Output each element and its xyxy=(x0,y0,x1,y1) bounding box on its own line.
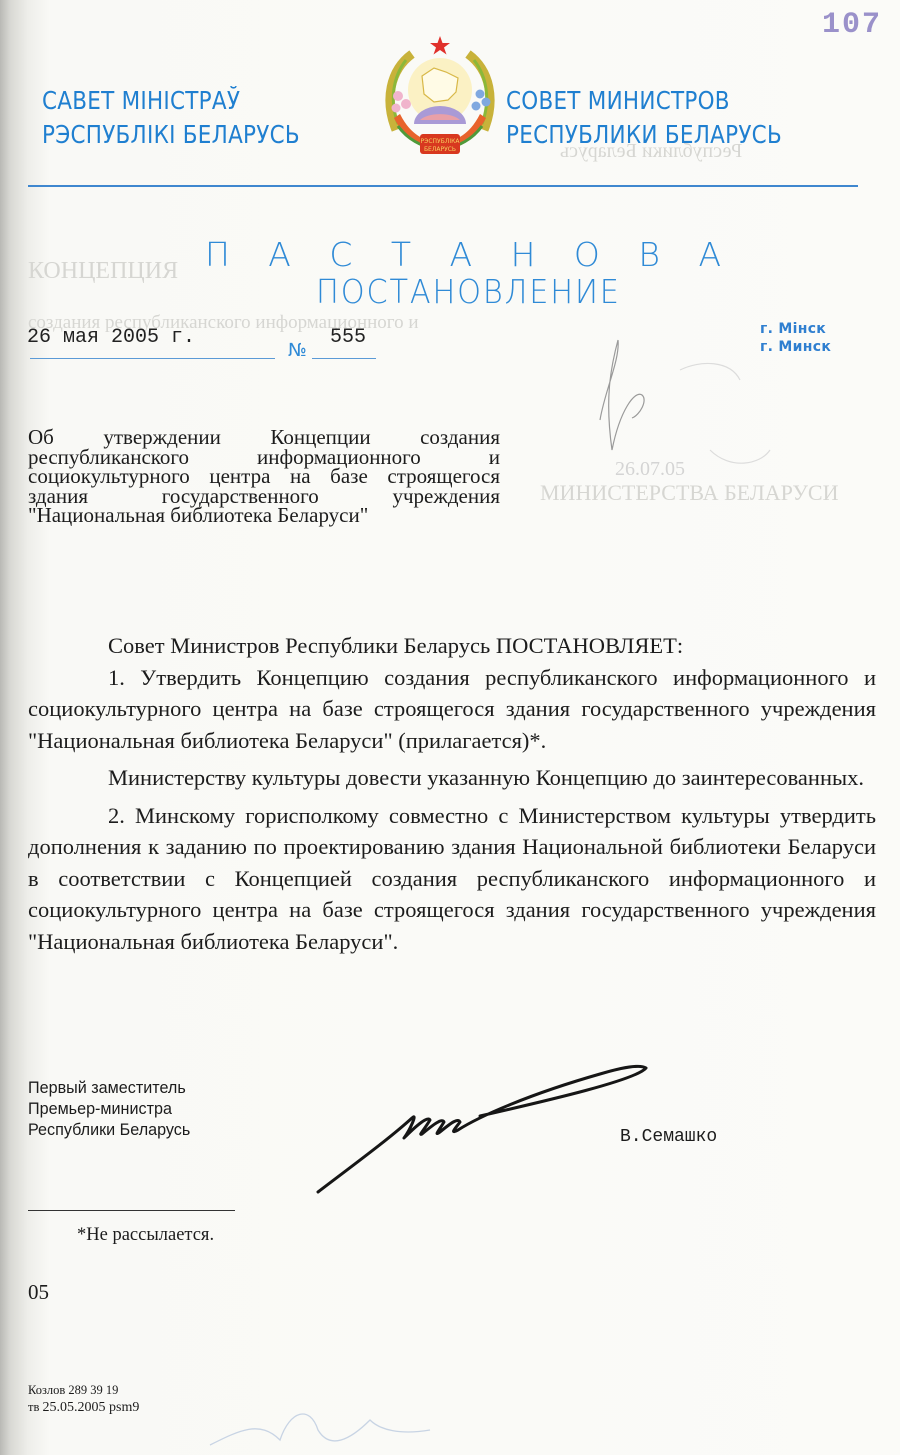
letterhead-line: РЭСПУБЛІКІ БЕЛАРУСЬ xyxy=(42,118,300,152)
document-subject: Об утверждении Концепции создания респуб… xyxy=(28,428,500,526)
executor-prefix: тв xyxy=(28,1400,39,1414)
number-underline xyxy=(312,358,376,359)
footnote-divider xyxy=(28,1210,235,1211)
preamble: Совет Министров Республики Беларусь ПОСТ… xyxy=(28,630,876,662)
paragraph-1: 1. Утвердить Концепцию создания республи… xyxy=(28,662,876,757)
document-body: Совет Министров Республики Беларусь ПОСТ… xyxy=(28,630,876,957)
city-russian: г. Минск xyxy=(760,338,831,356)
paragraph-2: 2. Минскому горисполкому совместно с Мин… xyxy=(28,800,876,958)
state-emblem-icon: РЭСПУБЛІКА БЕЛАРУСЬ xyxy=(376,30,504,162)
executor-info: Козлов 289 39 19 тв 25.05.2005 psm9 xyxy=(28,1382,139,1416)
signatory-position: Первый заместитель Премьер-министра Респ… xyxy=(28,1077,190,1140)
archive-page-stamp: 107 xyxy=(822,8,882,42)
letterhead-line: РЕСПУБЛИКИ БЕЛАРУСЬ xyxy=(506,118,782,152)
paragraph-ministry: Министерству культуры довести указанную … xyxy=(28,762,876,794)
date-underline xyxy=(30,358,275,359)
position-line: Республики Беларусь xyxy=(28,1119,190,1140)
show-through-signature xyxy=(200,1400,440,1455)
executor-date-code: 25.05.2005 psm9 xyxy=(43,1400,140,1415)
letterhead-belarusian: САВЕТ МІНІСТРАЎ РЭСПУБЛІКІ БЕЛАРУСЬ xyxy=(42,84,300,152)
issue-city: г. Мінск г. Минск xyxy=(760,320,831,356)
svg-text:26.07.05: 26.07.05 xyxy=(615,458,685,480)
letterhead-russian: СОВЕТ МИНИСТРОВ РЕСПУБЛИКИ БЕЛАРУСЬ xyxy=(506,84,782,152)
subject-text: Об утверждении Концепции создания респуб… xyxy=(28,428,500,526)
position-line: Премьер-министра xyxy=(28,1098,190,1119)
handwritten-signature xyxy=(300,1060,660,1200)
document-type-title: П А С Т А Н О В А ПОСТАНОВЛЕНИЕ xyxy=(0,236,900,310)
executor-date-line: тв 25.05.2005 psm9 xyxy=(28,1399,139,1416)
show-through-text: МИНИСТЕРСТВА БЕЛАРУСИ xyxy=(540,480,838,506)
letterhead-line: СОВЕТ МИНИСТРОВ xyxy=(506,84,782,118)
executor-name-phone: Козлов 289 39 19 xyxy=(28,1382,139,1399)
distribution-code: 05 xyxy=(28,1280,49,1305)
document-type-russian: ПОСТАНОВЛЕНИЕ xyxy=(36,274,864,310)
city-belarusian: г. Мінск xyxy=(760,320,831,338)
emblem-ribbon-text: РЭСПУБЛІКА xyxy=(421,138,461,145)
document-number: 555 xyxy=(330,326,366,349)
letterhead-divider xyxy=(28,185,858,187)
position-line: Первый заместитель xyxy=(28,1077,190,1098)
emblem-ribbon-text: БЕЛАРУСЬ xyxy=(424,146,456,153)
document-type-belarusian: П А С Т А Н О В А xyxy=(0,236,900,274)
document-date: 26 мая 2005 г. xyxy=(27,326,195,349)
footnote: *Не рассылается. xyxy=(77,1225,214,1246)
letterhead-line: САВЕТ МІНІСТРАЎ xyxy=(42,84,300,118)
signatory-name: В.Семашко xyxy=(620,1127,717,1147)
number-sign: № xyxy=(288,340,307,361)
